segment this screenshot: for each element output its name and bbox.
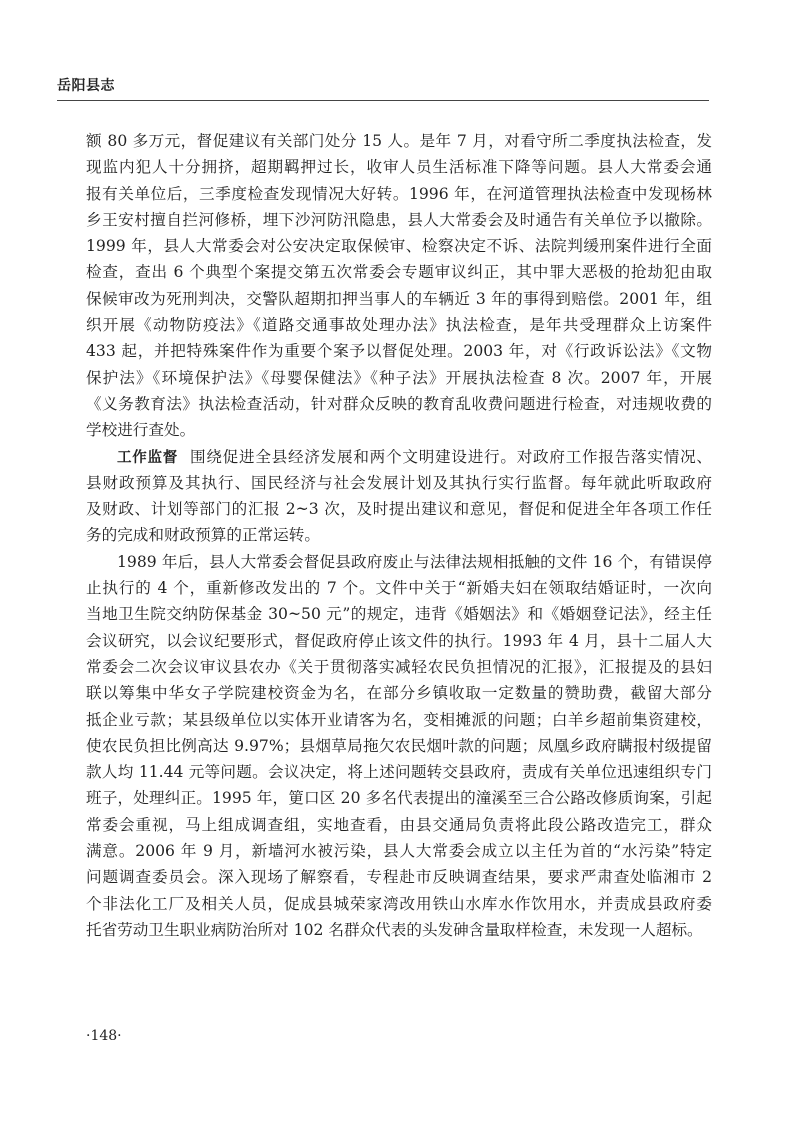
text-line: 常委会重视，马上组成调查组，实地查看，由县交通局负责将此段公路改造完工，群众 xyxy=(86,812,712,838)
text-line: 433 起，并把特殊案件作为重要个案予以督促处理。2003 年，对《行政诉讼法》… xyxy=(86,338,712,364)
text-line: 现监内犯人十分拥挤，超期羁押过长，收审人员生活标准下降等问题。县人大常委会通 xyxy=(86,154,712,180)
text-line: 保候审改为死刑判决，交警队超期扣押当事人的车辆近 3 年的事得到赔偿。2001 … xyxy=(86,286,712,312)
text-line: 会议研究，以会议纪要形式，督促政府停止该文件的执行。1993 年 4 月，县十二… xyxy=(86,628,712,654)
paragraph-law-enforcement-continued: 额 80 多万元，督促建议有关部门处分 15 人。是年 7 月，对看守所二季度执… xyxy=(86,128,712,444)
header-divider xyxy=(57,100,709,101)
text-line: 1999 年，县人大常委会对公安决定取保候审、检察决定不诉、法院判缓刑案件进行全… xyxy=(86,233,712,259)
text-line: 及财政、计划等部门的汇报 2~3 次，及时提出建议和意见，督促和促进全年各项工作… xyxy=(86,496,712,522)
running-header-title: 岳阳县志 xyxy=(57,75,115,95)
text-line-with-heading: 工作监督围绕促进全县经济发展和两个文明建设进行。对政府工作报告落实情况、 xyxy=(86,444,712,470)
text-line: 报有关单位后，三季度检查发现情况大好转。1996 年，在河道管理执法检查中发现杨… xyxy=(86,181,712,207)
text-line: 托省劳动卫生职业病防治所对 102 名群众代表的头发砷含量取样检查，未发现一人超… xyxy=(86,917,712,943)
text-line: 止执行的 4 个，重新修改发出的 7 个。文件中关于“新婚夫妇在领取结婚证时，一… xyxy=(86,575,712,601)
text-line: 学校进行查处。 xyxy=(86,417,712,443)
text-line: 1989 年后，县人大常委会督促县政府废止与法律法规相抵触的文件 16 个，有错… xyxy=(86,549,712,575)
text-line: 常委会二次会议审议县农办《关于贯彻落实减轻农民负担情况的汇报》，汇报提及的县妇 xyxy=(86,654,712,680)
section-run-in-heading: 工作监督 xyxy=(117,450,178,466)
text-line: 《义务教育法》执法检查活动，针对群众反映的教育乱收费问题进行检查，对违规收费的 xyxy=(86,391,712,417)
text-line: 检查，查出 6 个典型个案提交第五次常委会专题审议纠正，其中罪大恶极的抢劫犯由取 xyxy=(86,259,712,285)
paragraph-work-supervision: 工作监督围绕促进全县经济发展和两个文明建设进行。对政府工作报告落实情况、 县财政… xyxy=(86,444,712,549)
text-line: 务的完成和财政预算的正常运转。 xyxy=(86,522,712,548)
text-line: 当地卫生院交纳防保基金 30~50 元”的规定，违背《婚姻法》和《婚姻登记法》，… xyxy=(86,601,712,627)
text-line: 款人均 11.44 元等问题。会议决定，将上述问题转交县政府，责成有关单位迅速组… xyxy=(86,759,712,785)
text-line: 个非法化工厂及相关人员，促成县城荣家湾改用铁山水库水作饮用水，并责成县政府委 xyxy=(86,891,712,917)
text-line: 使农民负担比例高达 9.97%；县烟草局拖欠农民烟叶款的问题；凤凰乡政府瞒报村级… xyxy=(86,733,712,759)
text-line: 班子，处理纠正。1995 年，筻口区 20 多名代表提出的潼溪至三合公路改修质询… xyxy=(86,785,712,811)
text-line: 额 80 多万元，督促建议有关部门处分 15 人。是年 7 月，对看守所二季度执… xyxy=(86,128,712,154)
text-span: 围绕促进全县经济发展和两个文明建设进行。对政府工作报告落实情况、 xyxy=(190,448,712,466)
text-line: 县财政预算及其执行、国民经济与社会发展计划及其执行实行监督。每年就此听取政府 xyxy=(86,470,712,496)
text-line: 保护法》《环境保护法》《母婴保健法》《种子法》开展执法检查 8 次。2007 年… xyxy=(86,365,712,391)
text-line: 联以筹集中华女子学院建校资金为名，在部分乡镇收取一定数量的赞助费，截留大部分 xyxy=(86,680,712,706)
text-line: 织开展《动物防疫法》《道路交通事故处理办法》执法检查，是年共受理群众上访案件 xyxy=(86,312,712,338)
body-text: 额 80 多万元，督促建议有关部门处分 15 人。是年 7 月，对看守所二季度执… xyxy=(86,128,712,943)
text-line: 满意。2006 年 9 月，新墙河水被污染，县人大常委会成立以主任为首的“水污染… xyxy=(86,838,712,864)
text-line: 抵企业亏款；某县级单位以实体开业请客为名，变相摊派的问题；白羊乡超前集资建校， xyxy=(86,707,712,733)
page-number: ·148· xyxy=(86,1028,122,1044)
text-line: 乡王安村擅自拦河修桥，埋下沙河防汛隐患，县人大常委会及时通告有关单位予以撤除。 xyxy=(86,207,712,233)
paragraph-document-review: 1989 年后，县人大常委会督促县政府废止与法律法规相抵触的文件 16 个，有错… xyxy=(86,549,712,943)
text-line: 问题调查委员会。深入现场了解察看，专程赴市反映调查结果，要求严肃查处临湘市 2 xyxy=(86,864,712,890)
